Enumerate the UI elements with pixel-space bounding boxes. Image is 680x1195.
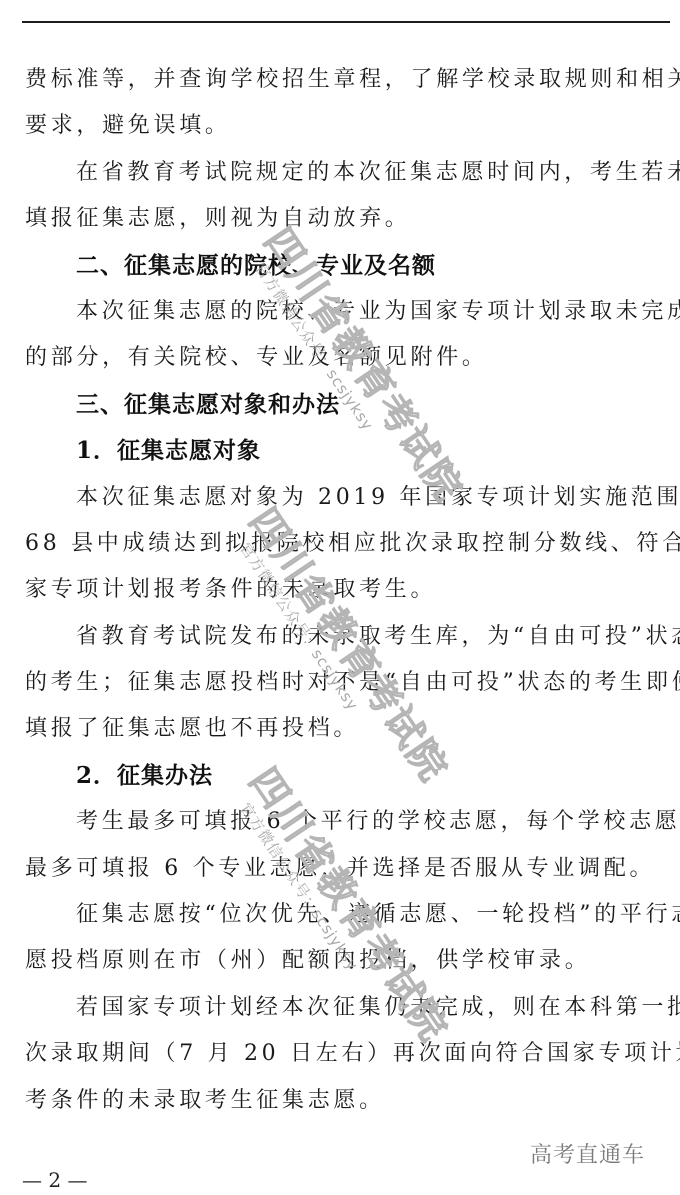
paragraph-start: 在省教育考试院规定的本次征集志愿时间内，考生若未 [25,150,675,196]
text-line: 费标准等，并查询学校招生章程，了解学校录取规则和相关 [25,57,675,103]
header-rule [22,21,670,23]
section-heading-2: 二、征集志愿的院校、专业及名额 [25,243,675,289]
text-line: 的考生；征集志愿投档时对不是“自由可投”状态的考生即使 [25,660,675,706]
subsection-heading-2: 2．征集办法 [25,753,675,799]
paragraph-start: 本次征集志愿的院校、专业为国家专项计划录取未完成 [25,289,675,335]
paragraph-start: 考生最多可填报 6 个平行的学校志愿，每个学校志愿内 [25,799,675,845]
text-line: 最多可填报 6 个专业志愿，并选择是否服从专业调配。 [25,846,675,892]
text-line: 要求，避免误填。 [25,103,675,149]
paragraph-start: 省教育考试院发布的未录取考生库，为“自由可投”状态 [25,614,675,660]
text-line: 填报征集志愿，则视为自动放弃。 [25,196,675,242]
page-number: — 2 — [22,1168,87,1192]
text-line: 考条件的未录取考生征集志愿。 [25,1078,675,1124]
text-line: 愿投档原则在市（州）配额内投档，供学校审录。 [25,938,675,984]
footer-brand-label: 高考直通车 [530,1138,645,1169]
paragraph-start: 本次征集志愿对象为 2019 年国家专项计划实施范围的 [25,475,675,521]
subsection-heading-1: 1．征集志愿对象 [25,428,675,474]
text-line: 次录取期间（7 月 20 日左右）再次面向符合国家专项计划报 [25,1031,675,1077]
paragraph-start: 征集志愿按“位次优先、遵循志愿、一轮投档”的平行志 [25,892,675,938]
text-line: 家专项计划报考条件的未录取考生。 [25,567,675,613]
text-line: 填报了征集志愿也不再投档。 [25,706,675,752]
text-line: 的部分，有关院校、专业及名额见附件。 [25,335,675,381]
section-heading-3: 三、征集志愿对象和办法 [25,382,675,428]
text-line: 68 县中成绩达到拟报院校相应批次录取控制分数线、符合国 [25,521,675,567]
document-body: 费标准等，并查询学校招生章程，了解学校录取规则和相关 要求，避免误填。 在省教育… [25,57,675,1124]
paragraph-start: 若国家专项计划经本次征集仍未完成，则在本科第一批 [25,985,675,1031]
